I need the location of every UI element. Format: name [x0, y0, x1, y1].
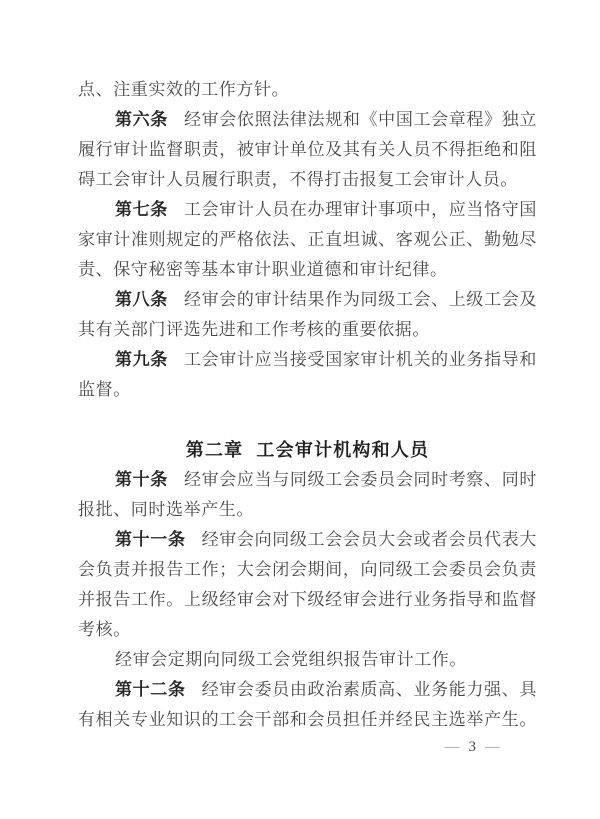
document-body: 点、注重实效的工作方针。第六条经审会依照法律法规和《中国工会章程》独立履行审计监…	[78, 75, 537, 735]
page-footer: — 3 —	[78, 735, 537, 759]
article-number: 第九条	[115, 350, 168, 369]
text-run: 考核。	[78, 620, 131, 639]
text-line: 经审会定期向同级工会党组织报告审计工作。	[78, 645, 537, 675]
text-run: 工会审计人员在办理审计事项中，应当恪守国	[184, 200, 537, 219]
text-run: 经审会向同级工会会员大会或者会员代表大	[202, 530, 537, 549]
blank-line	[78, 405, 537, 435]
chapter-label: 第二章	[186, 440, 244, 460]
text-line: 点、注重实效的工作方针。	[78, 75, 537, 105]
text-line: 并报告工作。上级经审会对下级经审会进行业务指导和监督	[78, 585, 537, 615]
text-line: 家审计准则规定的严格依法、正直坦诚、客观公正、勤勉尽	[78, 225, 537, 255]
text-line: 考核。	[78, 615, 537, 645]
article-number: 第七条	[115, 200, 168, 219]
footer-dash-right: —	[476, 739, 509, 756]
text-line: 会负责并报告工作；大会闭会期间，向同级工会委员会负责	[78, 555, 537, 585]
text-run: 经审会定期向同级工会党组织报告审计工作。	[115, 650, 467, 669]
text-line: 责、保守秘密等基本审计职业道德和审计纪律。	[78, 255, 537, 285]
footer-dash-left: —	[436, 739, 469, 756]
text-run: 并报告工作。上级经审会对下级经审会进行业务指导和监督	[78, 590, 537, 609]
text-run: 报批、同时选举产生。	[78, 500, 254, 519]
chapter-title: 工会审计机构和人员	[256, 440, 429, 460]
document-page: 点、注重实效的工作方针。第六条经审会依照法律法规和《中国工会章程》独立履行审计监…	[0, 0, 600, 819]
text-line: 履行审计监督职责，被审计单位及其有关人员不得拒绝和阻	[78, 135, 537, 165]
text-line: 第十一条经审会向同级工会会员大会或者会员代表大	[78, 525, 537, 555]
text-run: 工会审计应当接受国家审计机关的业务指导和	[184, 350, 537, 369]
text-line: 有相关专业知识的工会干部和会员担任并经民主选举产生。	[78, 705, 537, 735]
text-line: 第十二条经审会委员由政治素质高、业务能力强、具	[78, 675, 537, 705]
text-run: 责、保守秘密等基本审计职业道德和审计纪律。	[78, 260, 448, 279]
text-run: 经审会委员由政治素质高、业务能力强、具	[202, 680, 537, 699]
text-run: 有相关专业知识的工会干部和会员担任并经民主选举产生。	[78, 710, 537, 729]
text-line: 第九条工会审计应当接受国家审计机关的业务指导和	[78, 345, 537, 375]
article-number: 第十条	[115, 470, 168, 489]
article-number: 第八条	[115, 290, 168, 309]
text-run: 其有关部门评选先进和工作考核的重要依据。	[78, 320, 430, 339]
text-line: 报批、同时选举产生。	[78, 495, 537, 525]
text-line: 第七条工会审计人员在办理审计事项中，应当恪守国	[78, 195, 537, 225]
text-run: 经审会应当与同级工会委员会同时考察、同时	[184, 470, 537, 489]
text-line: 碍工会审计人员履行职责，不得打击报复工会审计人员。	[78, 165, 537, 195]
text-run: 会负责并报告工作；大会闭会期间，向同级工会委员会负责	[78, 560, 537, 579]
text-line: 第十条经审会应当与同级工会委员会同时考察、同时	[78, 465, 537, 495]
text-run: 经审会的审计结果作为同级工会、上级工会及	[184, 290, 537, 309]
text-run: 履行审计监督职责，被审计单位及其有关人员不得拒绝和阻	[78, 140, 537, 159]
text-line: 其有关部门评选先进和工作考核的重要依据。	[78, 315, 537, 345]
article-number: 第十二条	[115, 680, 186, 699]
article-number: 第十一条	[115, 530, 186, 549]
text-run: 碍工会审计人员履行职责，不得打击报复工会审计人员。	[78, 170, 518, 189]
text-line: 监督。	[78, 375, 537, 405]
text-run: 家审计准则规定的严格依法、正直坦诚、客观公正、勤勉尽	[78, 230, 537, 249]
text-line: 第六条经审会依照法律法规和《中国工会章程》独立	[78, 105, 537, 135]
text-run: 监督。	[78, 380, 131, 399]
chapter-heading: 第二章工会审计机构和人员	[78, 435, 537, 465]
text-run: 点、注重实效的工作方针。	[78, 80, 289, 99]
text-run: 经审会依照法律法规和《中国工会章程》独立	[184, 110, 537, 129]
page-number: 3	[469, 739, 477, 756]
article-number: 第六条	[115, 110, 168, 129]
text-line: 第八条经审会的审计结果作为同级工会、上级工会及	[78, 285, 537, 315]
